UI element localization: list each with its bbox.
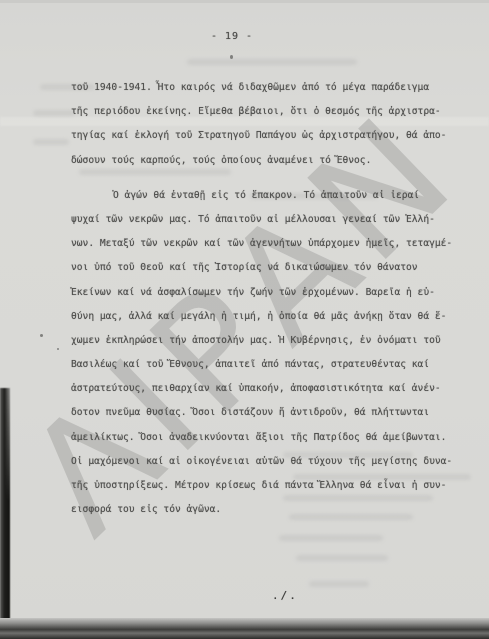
- continuation-mark: ./.: [272, 589, 298, 602]
- page-number: - 19 -: [0, 31, 464, 42]
- typed-line: θύνη μας, ἀλλά καί μεγάλη ἡ τιμή, ἡ ὁποί…: [71, 305, 451, 329]
- typed-line: ἀστρατεύτους, πειθαρχίαν καί ὑπακοήν, ἀπ…: [71, 377, 451, 401]
- paragraph: Ὁ ἀγών θά ἐνταθῇ εἰς τό ἔπακρον. Τό ἀπαι…: [71, 184, 451, 523]
- typed-text-block: τοῦ 1940-1941. Ἦτο καιρός νά διδαχθῶμεν …: [71, 76, 451, 522]
- typed-line: χωμεν ἐκπληρώσει τήν ἀποστολήν μας. Ἡ Κυ…: [71, 329, 451, 353]
- paragraph: τοῦ 1940-1941. Ἦτο καιρός νά διδαχθῶμεν …: [71, 76, 451, 173]
- bleedthrough-text-ghost: [279, 535, 383, 541]
- typed-line: τῆς περιόδου ἐκείνης. Εἴμεθα βέβαιοι, ὅτ…: [71, 100, 451, 124]
- typed-line: ἀμειλίκτως. Ὅσοι ἀναδεικνύονται ἄξιοι τῆ…: [71, 426, 451, 450]
- typed-line: δοτον πνεῦμα θυσίας. Ὅσοι διστάζουν ἤ ἀν…: [71, 401, 451, 425]
- scanned-document-page: ΛΙΡΑΝ - 19 - τοῦ 1940-1941. Ἦτο καιρός ν…: [0, 0, 489, 639]
- ink-speck: [57, 348, 59, 350]
- typed-line: τοῦ 1940-1941. Ἦτο καιρός νά διδαχθῶμεν …: [71, 76, 451, 100]
- ink-speck: [230, 55, 233, 59]
- bleedthrough-text-ghost: [309, 581, 369, 587]
- bleedthrough-text-ghost: [296, 555, 388, 561]
- typed-line: τῆς ὑποστηρίξεως. Μέτρον κρίσεως διά πάν…: [71, 474, 451, 498]
- typed-line: Βασιλέως καί τοῦ Ἔθνους, ἀπαιτεῖ ἀπό πάν…: [71, 353, 451, 377]
- typed-line: τηγίας καί ἐκλογή τοῦ Στρατηγοῦ Παπάγου …: [71, 124, 451, 148]
- page-stack-bottom-edge: [0, 618, 489, 639]
- bleedthrough-text-ghost: [187, 59, 357, 65]
- page-top-edge-shadow: [0, 0, 489, 3]
- typed-line: δώσουν τούς καρπούς, τούς ὁποίους ἀναμέν…: [71, 149, 451, 173]
- typed-line: εισφορά του εἰς τόν ἀγῶνα.: [71, 498, 451, 522]
- typed-line: νων. Μεταξύ τῶν νεκρῶν καί τῶν ἀγεννήτων…: [71, 232, 451, 256]
- typed-line: Ὁ ἀγών θά ἐνταθῇ εἰς τό ἔπακρον. Τό ἀπαι…: [71, 184, 451, 208]
- bleedthrough-text-ghost: [33, 110, 75, 116]
- typed-line: νοι ὑπό τοῦ Θεοῦ καί τῆς Ἱστορίας νά δικ…: [71, 256, 451, 280]
- typed-line: ψυχαί τῶν νεκρῶν μας. Τό ἀπαιτοῦν αἱ μέλ…: [71, 208, 451, 232]
- typed-line: Ἐκείνων καί νά ἀσφαλίσωμεν τήν ζωήν τῶν …: [71, 281, 451, 305]
- page-left-edge-shadow: [0, 388, 10, 639]
- ink-speck: [40, 334, 43, 337]
- bleedthrough-text-ghost: [33, 139, 69, 145]
- typed-line: Οἱ μαχόμενοι καί αἱ οἰκογένειαι αὐτῶν θά…: [71, 450, 451, 474]
